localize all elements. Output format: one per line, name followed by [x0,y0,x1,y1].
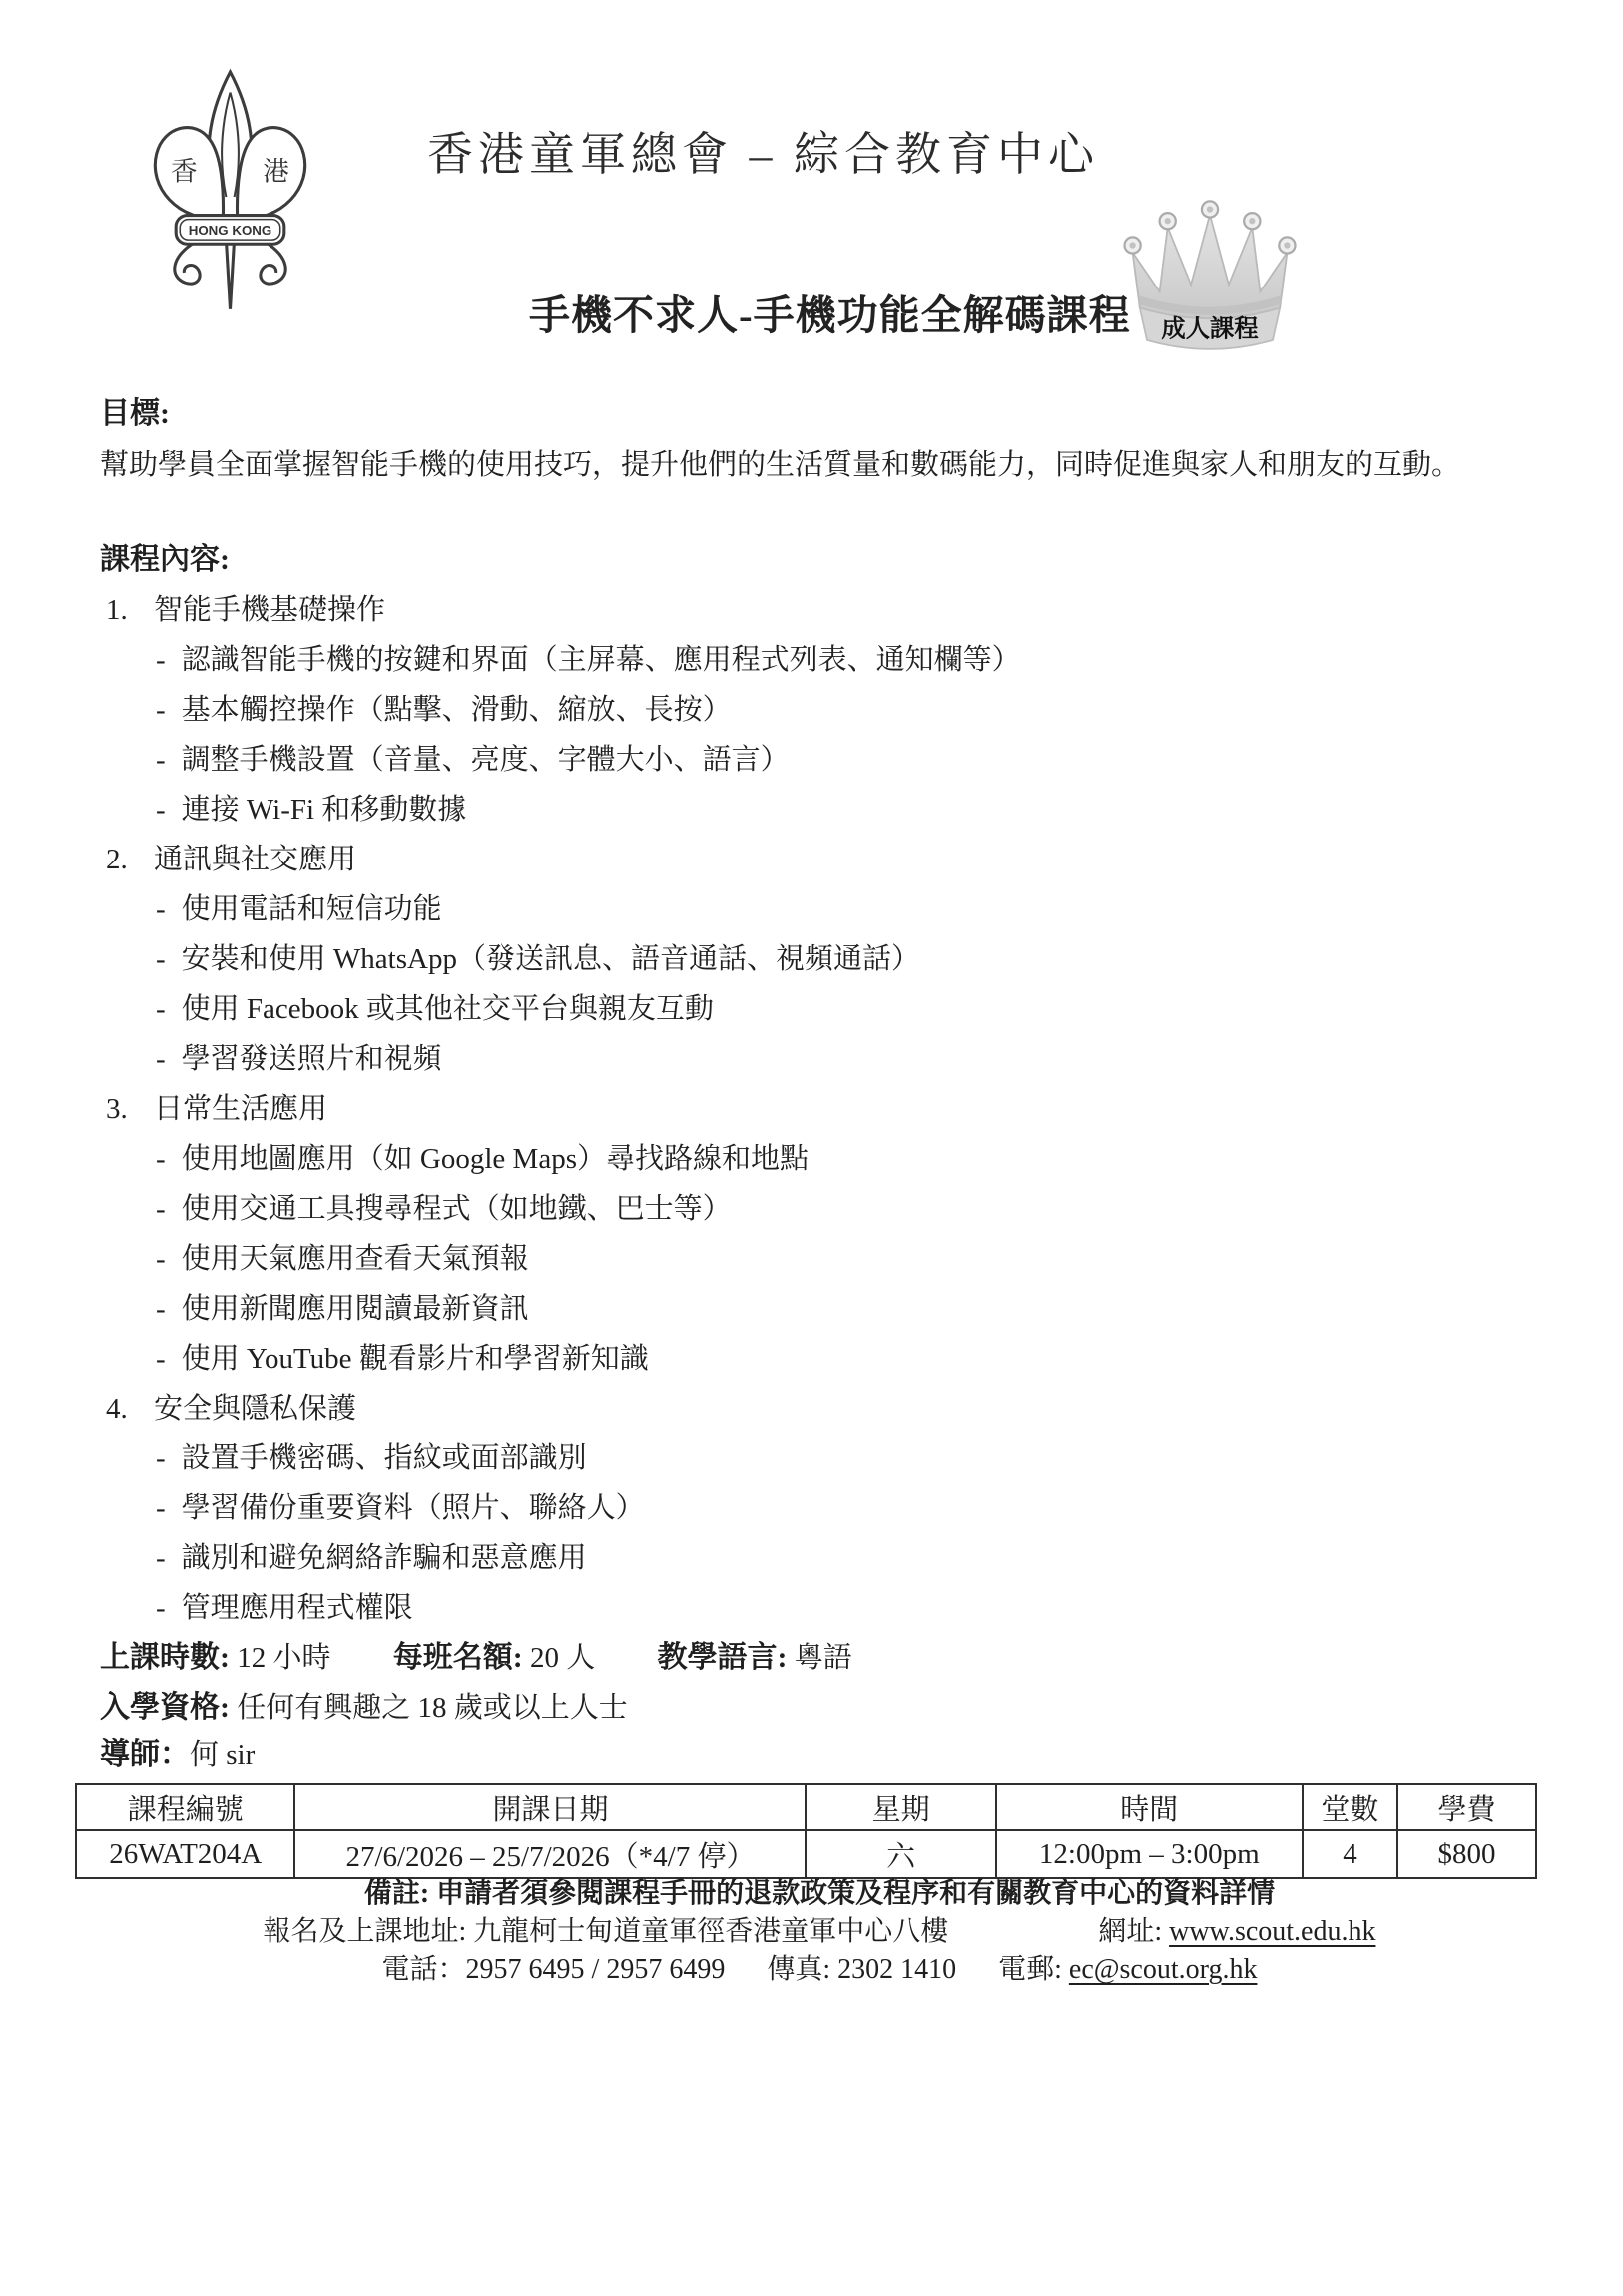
bullet-dash: - [156,1284,166,1334]
footer: 備註: 申請者須參閱課程手冊的退款政策及程序和有關教育中心的資料詳情 報名及上課… [100,1875,1539,1989]
address-text: 報名及上課地址: 九龍柯士甸道童軍徑香港童軍中心八樓 [264,1913,949,1951]
bullet-item: -安裝和使用 WhatsApp（發送訊息、語音通話、視頻通話） [100,934,1539,984]
logo-banner-text: HONG KONG [189,223,272,238]
bullet-text: 學習發送照片和視頻 [182,1043,442,1075]
bullet-text: 使用地圖應用（如 Google Maps）尋找路線和地點 [182,1143,809,1175]
bullet-dash: - [156,1134,166,1184]
bullet-item: -管理應用程式權限 [100,1583,1539,1633]
cell-weekday: 六 [806,1830,995,1878]
bullet-text: 使用新聞應用閱讀最新資訊 [182,1293,529,1325]
section-number: 4. [106,1384,136,1434]
fax-text: 傳真: 2302 1410 [767,1951,956,1989]
eligibility-label: 入學資格: [100,1691,230,1724]
logo-right-char: 港 [263,157,289,187]
bullet-text: 調整手機設置（音量、亮度、字體大小、語言） [182,744,790,776]
phone-text: 電話：2957 6495 / 2957 6499 [382,1951,726,1989]
language-value: 粵語 [795,1642,852,1674]
bullet-dash: - [156,635,166,685]
bullet-dash: - [156,1334,166,1384]
bullet-dash: - [156,1483,166,1533]
bullet-dash: - [156,1533,166,1583]
section-title: 3.日常生活應用 [100,1084,1539,1134]
cell-course-code: 26WAT204A [76,1830,294,1878]
bullet-dash: - [156,685,166,735]
section-title: 1.智能手機基礎操作 [100,585,1539,635]
bullet-text: 使用天氣應用查看天氣預報 [182,1243,529,1275]
adult-course-badge: 成人課程 [1111,196,1309,357]
remarks-line: 備註: 申請者須參閱課程手冊的退款政策及程序和有關教育中心的資料詳情 [100,1875,1539,1913]
section-title-text: 智能手機基礎操作 [154,594,385,626]
fax-label: 傳真: [767,1954,830,1985]
cell-start-date: 27/6/2026 – 25/7/2026（*4/7 停） [294,1830,806,1878]
page-title: 香港童軍總會 – 綜合教育中心 [427,118,1099,184]
bullet-item: -識別和避免網絡詐騙和惡意應用 [100,1533,1539,1583]
header-weekday: 星期 [806,1784,995,1830]
bullet-text: 設置手機密碼、指紋或面部識別 [182,1442,587,1474]
spacer [948,1913,1098,1951]
website-link[interactable]: www.scout.edu.hk [1169,1916,1375,1947]
bullet-item: -設置手機密碼、指紋或面部識別 [100,1434,1539,1483]
quota-info: 每班名額: 20 人 [393,1642,596,1674]
bullet-dash: - [156,934,166,984]
table-header-row: 課程編號 開課日期 星期 時間 堂數 學費 [76,1784,1536,1830]
bullet-text: 連接 Wi-Fi 和移動數據 [182,794,467,826]
website-text: 網址: www.scout.edu.hk [1098,1913,1375,1951]
section-title-text: 通訊與社交應用 [154,844,356,875]
bullet-text: 基本觸控操作（點擊、滑動、縮放、長按） [182,694,732,726]
hours-label: 上課時數: [100,1641,230,1674]
bullet-dash: - [156,1583,166,1633]
bullet-dash: - [156,1234,166,1284]
phone-label: 電話： [382,1954,466,1985]
tutor-line: 導師：何 sir [100,1733,1539,1777]
crown-icon: 成人課程 [1111,196,1309,357]
main-content: 目標: 幫助學員全面掌握智能手機的使用技巧，提升他們的生活質量和數碼能力，同時促… [100,389,1539,1879]
phone-line: 電話：2957 6495 / 2957 6499 傳真: 2302 1410 電… [100,1951,1539,1989]
bullet-item: -使用地圖應用（如 Google Maps）尋找路線和地點 [100,1134,1539,1184]
section-number: 1. [106,585,136,635]
bullet-item: -認識智能手機的按鍵和界面（主屏幕、應用程式列表、通知欄等） [100,635,1539,685]
address-line: 報名及上課地址: 九龍柯士甸道童軍徑香港童軍中心八樓 網址: www.scout… [100,1913,1539,1951]
language-info: 教學語言: 粵語 [658,1642,852,1674]
header-sessions: 堂數 [1303,1784,1397,1830]
section-title: 4.安全與隱私保護 [100,1384,1539,1434]
bullet-text: 使用 YouTube 觀看影片和學習新知識 [182,1343,649,1375]
hours-info: 上課時數: 12 小時 [100,1642,331,1674]
scout-logo: 香 港 HONG KONG [128,64,332,323]
hours-value: 12 小時 [237,1642,330,1674]
bullet-item: -使用天氣應用查看天氣預報 [100,1234,1539,1284]
language-label: 教學語言: [658,1641,788,1674]
bullet-dash: - [156,1184,166,1234]
cell-fee: $800 [1397,1830,1536,1878]
bullet-text: 認識智能手機的按鍵和界面（主屏幕、應用程式列表、通知欄等） [182,644,1021,676]
quota-value: 20 人 [530,1642,595,1674]
objective-text: 幫助學員全面掌握智能手機的使用技巧，提升他們的生活質量和數碼能力，同時促進與家人… [100,439,1539,491]
email-label: 電郵: [998,1954,1062,1985]
objective-heading: 目標: [100,389,1539,439]
bullet-item: -學習備份重要資料（照片、聯絡人） [100,1483,1539,1533]
section-number: 2. [106,835,136,884]
bullet-dash: - [156,735,166,785]
cell-sessions: 4 [1303,1830,1397,1878]
header-fee: 學費 [1397,1784,1536,1830]
bullet-dash: - [156,1034,166,1084]
document-page: 香 港 HONG KONG 香港童軍總會 – 綜合教育中心 手機不求人-手機功能… [0,0,1623,2296]
website-label: 網址: [1098,1916,1162,1947]
bullet-item: -學習發送照片和視頻 [100,1034,1539,1084]
bullet-item: -使用 YouTube 觀看影片和學習新知識 [100,1334,1539,1384]
bullet-dash: - [156,785,166,835]
phone-value: 2957 6495 / 2957 6499 [466,1954,726,1985]
eligibility-value: 任何有興趣之 18 歲或以上人士 [237,1692,628,1724]
fax-value: 2302 1410 [837,1954,956,1985]
section-title-text: 日常生活應用 [154,1093,327,1125]
email-link[interactable]: ec@scout.org.hk [1069,1954,1258,1985]
header-time: 時間 [996,1784,1303,1830]
bullet-item: -使用交通工具搜尋程式（如地鐵、巴士等） [100,1184,1539,1234]
bullet-dash: - [156,984,166,1034]
badge-label: 成人課程 [1161,315,1259,342]
section-title: 2.通訊與社交應用 [100,835,1539,884]
address-label: 報名及上課地址: [264,1916,467,1947]
bullet-dash: - [156,1434,166,1483]
section-number: 3. [106,1084,136,1134]
spacer [956,1951,998,1989]
bullet-item: -使用電話和短信功能 [100,884,1539,934]
quota-label: 每班名額: [393,1641,523,1674]
bullet-item: -使用新聞應用閱讀最新資訊 [100,1284,1539,1334]
bullet-item: -調整手機設置（音量、亮度、字體大小、語言） [100,735,1539,785]
header-start-date: 開課日期 [294,1784,806,1830]
address-value: 九龍柯士甸道童軍徑香港童軍中心八樓 [473,1916,948,1947]
bullet-item: -使用 Facebook 或其他社交平台與親友互動 [100,984,1539,1034]
tutor-label: 導師： [100,1738,190,1771]
bullet-text: 使用交通工具搜尋程式（如地鐵、巴士等） [182,1193,732,1225]
cell-time: 12:00pm – 3:00pm [996,1830,1303,1878]
eligibility-line: 入學資格: 任何有興趣之 18 歲或以上人士 [100,1683,1539,1733]
bullet-text: 使用電話和短信功能 [182,893,442,925]
bullet-text: 識別和避免網絡詐騙和惡意應用 [182,1542,587,1574]
schedule-table: 課程編號 開課日期 星期 時間 堂數 學費 26WAT204A 27/6/202… [75,1783,1537,1879]
table-row: 26WAT204A 27/6/2026 – 25/7/2026（*4/7 停） … [76,1830,1536,1878]
tutor-value: 何 sir [190,1739,255,1771]
bullet-text: 管理應用程式權限 [182,1592,413,1624]
email-text: 電郵: ec@scout.org.hk [998,1951,1257,1989]
logo-left-char: 香 [171,157,198,187]
fleur-de-lis-icon: 香 港 HONG KONG [128,64,332,323]
section-title-text: 安全與隱私保護 [154,1393,356,1425]
bullet-text: 使用 Facebook 或其他社交平台與親友互動 [182,993,714,1025]
spacer [725,1951,767,1989]
course-info-line: 上課時數: 12 小時 每班名額: 20 人 教學語言: 粵語 [100,1633,1539,1683]
bullet-text: 學習備份重要資料（照片、聯絡人） [182,1492,645,1524]
course-title: 手機不求人-手機功能全解碼課程 [529,283,1131,341]
content-heading: 課程內容: [100,535,1539,585]
bullet-item: -基本觸控操作（點擊、滑動、縮放、長按） [100,685,1539,735]
header-course-code: 課程編號 [76,1784,294,1830]
bullet-dash: - [156,884,166,934]
bullet-item: -連接 Wi-Fi 和移動數據 [100,785,1539,835]
bullet-text: 安裝和使用 WhatsApp（發送訊息、語音通話、視頻通話） [182,943,920,975]
